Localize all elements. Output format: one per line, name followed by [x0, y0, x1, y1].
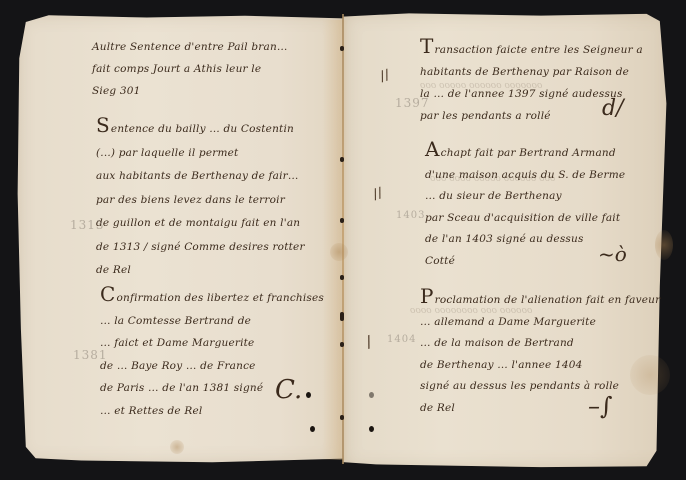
water-stain — [330, 243, 348, 261]
punch-hole — [369, 426, 374, 432]
flourish-mark: –∫ — [588, 392, 613, 420]
entry-line: de Rel — [420, 398, 660, 420]
entry-line: habitants de Berthenay par Raison de — [420, 61, 643, 83]
initial-letter: P — [420, 284, 434, 308]
binding-stitch — [340, 275, 344, 280]
entry-block-1: Aultre Sentence d'entre Pail bran… fait … — [92, 36, 288, 102]
entry-line: Achapt fait par Bertrand Armand — [425, 139, 625, 165]
binding-stitch — [340, 46, 344, 51]
flourish-mark: ~ò — [598, 242, 627, 266]
initial-letter: S — [96, 113, 110, 137]
binding-stitch — [340, 415, 344, 420]
water-stain — [655, 230, 673, 260]
entry-line: de Rel — [96, 259, 305, 283]
binding-stitch — [340, 218, 344, 223]
entry-block-5: Achapt fait par Bertrand Armand d'une ma… — [425, 139, 625, 272]
entry-line: … allemand a Dame Marguerite — [420, 312, 660, 334]
initial-letter: C — [100, 282, 116, 306]
entry-line: de l'an 1403 signé au dessus — [425, 229, 625, 251]
entry-line: par des biens levez dans le terroir — [96, 189, 305, 213]
entry-line: (...) par laquelle il permet — [96, 142, 305, 166]
entry-line: signé au dessus les pendants à rolle — [420, 376, 660, 398]
entry-line: de 1313 / signé Comme desires rotter — [96, 236, 305, 260]
margin-date-pencil: 1404 — [387, 334, 416, 345]
entry-line: … du sieur de Berthenay — [425, 186, 625, 208]
water-stain — [170, 440, 184, 454]
entry-line: … faict et Dame Marguerite — [100, 332, 324, 355]
punch-hole — [369, 392, 374, 398]
entry-line: Proclamation de l'alienation fait en fav… — [420, 286, 660, 312]
binding-stitch — [340, 312, 344, 321]
spine-stain — [322, 20, 348, 460]
entry-line: Confirmation des libertez et franchises — [100, 283, 324, 310]
initial-letter: T — [420, 34, 434, 58]
entry-line: Sentence du bailly … du Costentin — [96, 114, 305, 142]
entry-line: aux habitants de Berthenay de fair… — [96, 165, 305, 189]
entry-line: de guillon et de montaigu fait en l'an — [96, 212, 305, 236]
closing-mark: C. — [275, 375, 302, 405]
margin-date-pencil: 1381 — [73, 348, 108, 362]
margin-date-pencil: 1403 — [396, 210, 425, 221]
entry-line: Cotté — [425, 251, 625, 273]
entry-line: Transaction faicte entre les Seigneur a — [420, 35, 643, 61]
initial-letter: A — [425, 137, 440, 161]
entry-line: Aultre Sentence d'entre Pail bran… — [92, 36, 288, 58]
punch-hole — [310, 426, 315, 432]
binding-stitch — [340, 157, 344, 162]
entry-line: par Sceau d'acquisition de ville fait — [425, 208, 625, 230]
entry-line: … la Comtesse Bertrand de — [100, 310, 324, 333]
margin-date-pencil: 1313 — [70, 218, 105, 232]
entry-line: … de la maison de Bertrand — [420, 333, 660, 355]
entry-line: fait comps Jourt a Athis leur le — [92, 58, 288, 80]
entry-line: d'une maison acquis du S. de Berme — [425, 165, 625, 187]
entry-line: Sieg 301 — [92, 80, 288, 102]
flourish-mark: d/ — [602, 96, 624, 121]
entry-line: de Berthenay … l'annee 1404 — [420, 355, 660, 377]
entry-line: de … Baye Roy … de France — [100, 355, 324, 378]
binding-spine — [342, 14, 344, 464]
entry-block-6: Proclamation de l'alienation fait en fav… — [420, 286, 660, 419]
entry-block-2: Sentence du bailly … du Costentin (...) … — [96, 114, 305, 283]
binding-stitch — [340, 342, 344, 347]
